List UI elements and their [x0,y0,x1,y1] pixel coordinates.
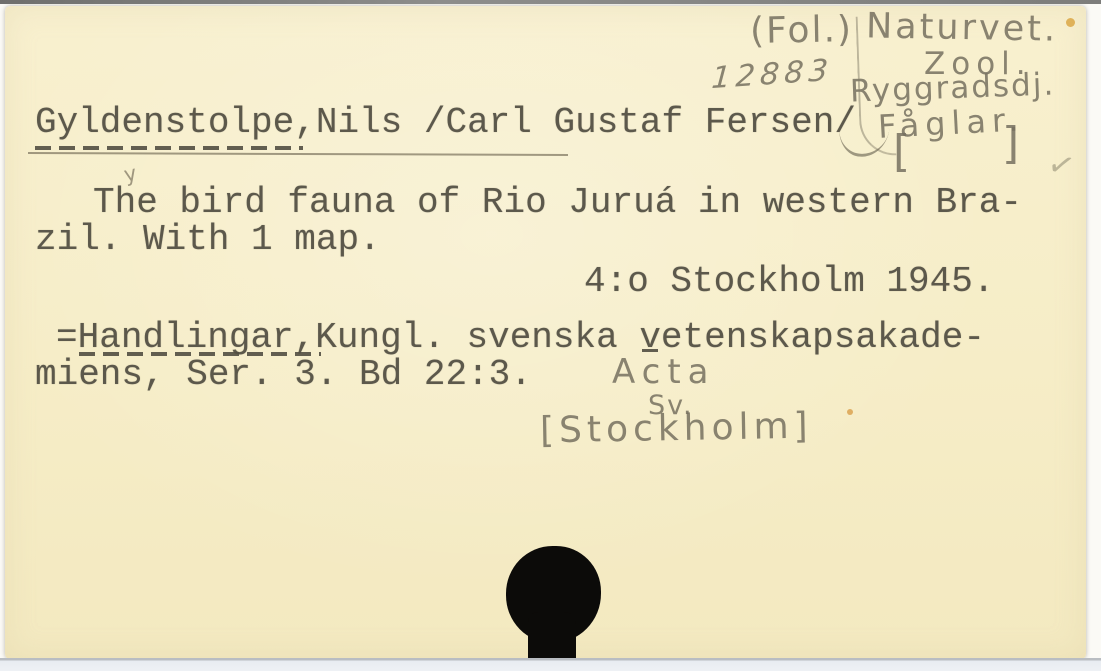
paper-speck [847,409,853,415]
heading-rest: ,Nils /Carl Gustaf Fersen/ [294,102,856,143]
scanned-catalog-card-page: Gyldenstolpe,Nils /Carl Gustaf Fersen/ T… [0,0,1101,671]
heading-author-line: Gyldenstolpe,Nils /Carl Gustaf Fersen/ [35,104,856,142]
typed-underline-author [35,146,303,150]
paper-speck [1066,18,1075,27]
series-line-2: miens, Ser. 3. Bd 22:3. [35,356,532,394]
series-eq: = [56,317,78,358]
series-mid: ,Kungl. svenska [294,317,640,358]
title-line-2: zil. With 1 map. [35,221,381,259]
note-stockholm: [Stockholm] [540,406,813,452]
heading-author: Gyldenstolpe [35,102,294,143]
bracket-close-mark: ] [1002,118,1019,169]
scan-edge-bottom [0,658,1101,671]
scan-edge-top [0,0,1101,4]
imprint-line: 4:o Stockholm 1945. [584,263,994,301]
note-acta: Acta [612,352,716,392]
classification-naturvet: Naturvet. [866,6,1059,49]
format-note: (Fol.) [750,9,854,52]
title-line-1: The bird fauna of Rio Juruá in western B… [93,184,1022,222]
